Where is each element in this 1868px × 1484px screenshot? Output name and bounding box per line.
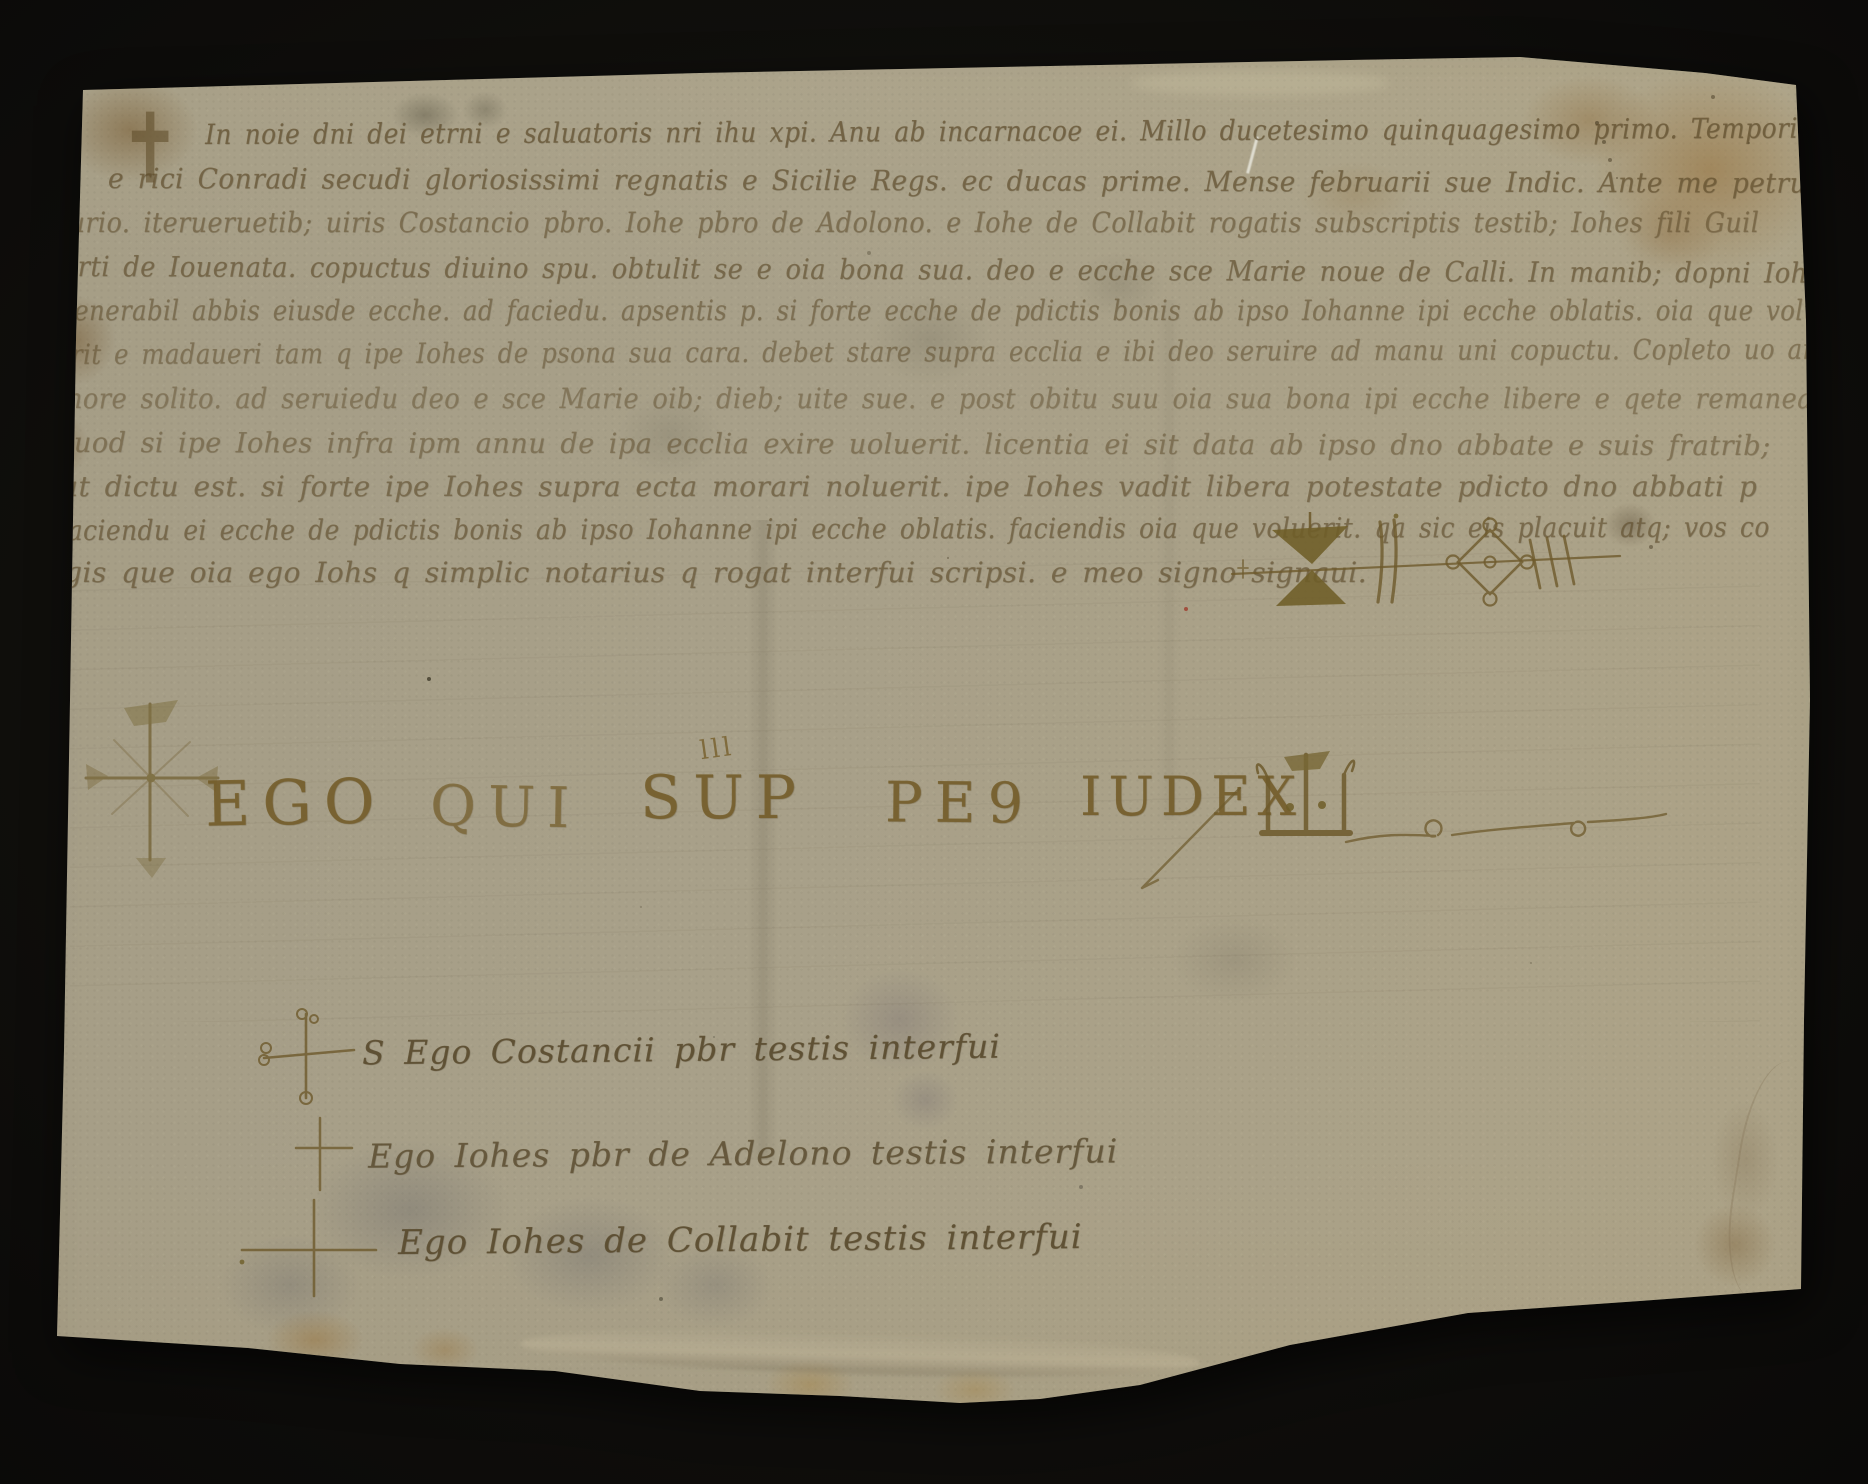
superscript-abbreviation-marks: lll (698, 732, 736, 766)
subscription-word: SUP (640, 768, 808, 828)
manuscript-line: ut dictu est. si forte ipe Iohes supra e… (60, 470, 1757, 504)
manuscript-line: In noie dni dei etrni e saluatoris nri i… (205, 111, 1868, 151)
ink-specks (0, 0, 2, 2)
tally-marks-icon (1530, 536, 1574, 588)
hourglass-icon (1272, 512, 1348, 606)
photo-background: ✝ In noie dni dei etrni e saluatoris nri… (0, 0, 1868, 1484)
manuscript-line: e rici Conradi secudi gloriosissimi regn… (108, 162, 1807, 200)
witness-signature: Ego Iohes de Collabit testis interfui (398, 1217, 1083, 1264)
trailing-flourish-line (1340, 790, 1670, 870)
subscription-word: PE9 (885, 775, 1036, 832)
sign-baseline (1232, 556, 1620, 574)
parchment-document: ✝ In noie dni dei etrni e saluatoris nri… (0, 0, 1868, 1484)
witness-cross-icon (290, 1112, 356, 1194)
subscription-word: EGO (204, 770, 387, 835)
notarial-signs-row (1000, 512, 1640, 647)
manuscript-line: quod si ipe Iohes infra ipm annu de ipa … (56, 426, 1771, 463)
witness-signature: Ego Iohes pbr de Adelono testis interfui (368, 1131, 1118, 1176)
manuscript-line: erit e madaueri tam q ipe Iohes de psona… (56, 332, 1868, 371)
witness-long-cross-icon (236, 1194, 381, 1302)
manuscript-line: erti de Iouenata. copuctus diuino spu. o… (62, 250, 1830, 290)
manuscript-line: iurio. iterueruetib; uiris Costancio pbr… (60, 206, 1759, 240)
witness-cross-with-circles-icon (256, 1006, 361, 1106)
manuscript-line: uenerabil abbis eiusde ecche. ad faciedu… (58, 294, 1820, 328)
subscription-word: QUI (430, 779, 582, 838)
descender-flourish-stroke (1128, 782, 1243, 902)
witness-signature: S Ego Costancii pbr testis interfui (362, 1027, 1001, 1073)
manuscript-line: more solito. ad seruiedu deo e sce Marie… (58, 382, 1841, 416)
double-strokes-icon (1378, 514, 1398, 602)
